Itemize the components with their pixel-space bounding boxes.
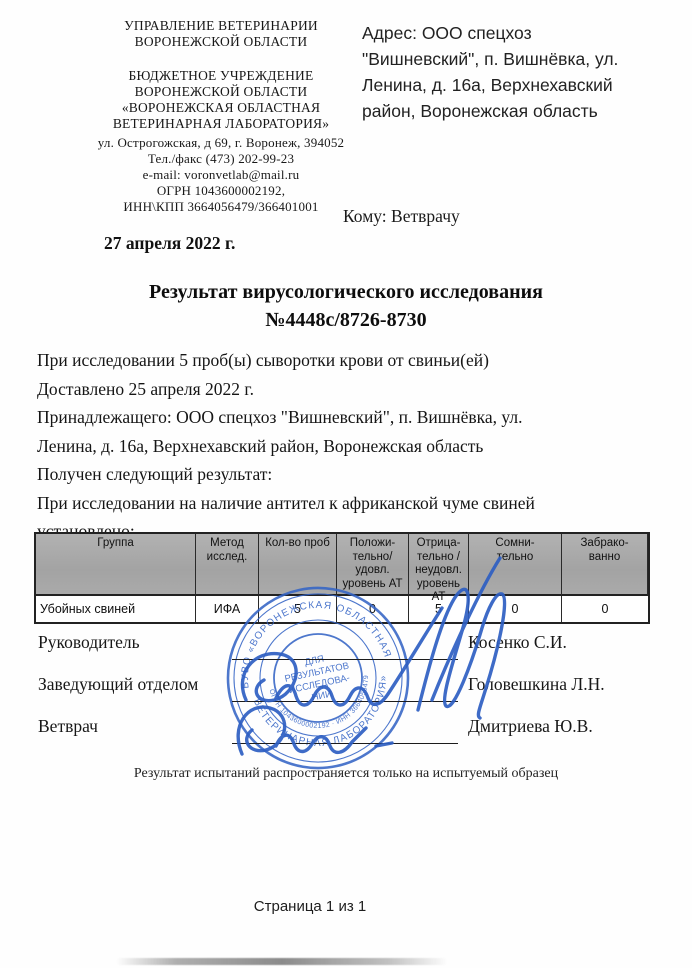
department-name: УПРАВЛЕНИЕ ВЕТЕРИНАРИИ ВОРОНЕЖСКОЙ ОБЛАС… [60, 18, 382, 50]
body-paragraph: Принадлежащего: ООО спецхоз "Вишневский"… [37, 403, 685, 460]
signature-role: Руководитель [38, 632, 140, 653]
table-header-sample-count: Кол-во проб [259, 534, 337, 596]
table-header-positive: Положи- тельно/ удовл. уровень АТ [337, 534, 409, 596]
footer-disclaimer: Результат испытаний распространяется тол… [0, 766, 692, 782]
scan-artifact-bar [116, 958, 448, 965]
table-header-group: Группа [36, 534, 196, 596]
signature-row-head-of-department: Заведующий отделом Головешкина Л.Н. [38, 674, 654, 708]
signature-role: Ветврач [38, 716, 98, 737]
body-paragraph: При исследовании 5 проб(ы) сыворотки кро… [37, 346, 685, 375]
document-title: Результат вирусологического исследования… [0, 278, 692, 334]
body-paragraph: Доставлено 25 апреля 2022 г. [37, 375, 685, 404]
signature-role: Заведующий отделом [38, 674, 198, 695]
page-number: Страница 1 из 1 [0, 898, 620, 915]
table-header-rejected: Забрако- ванно [562, 534, 648, 596]
table-header-negative: Отрица- тельно / неудовл. уровень АТ [409, 534, 469, 596]
signature-line [232, 743, 458, 744]
table-cell-doubtful: 0 [469, 596, 562, 622]
letterhead-org-block: УПРАВЛЕНИЕ ВЕТЕРИНАРИИ ВОРОНЕЖСКОЙ ОБЛАС… [60, 18, 382, 215]
signature-row-director: Руководитель Косенко С.И. [38, 632, 654, 666]
table-cell-sample-count: 5 [259, 596, 337, 622]
signature-row-veterinarian: Ветврач Дмитриева Ю.В. [38, 716, 654, 750]
recipient-address: Адрес: ООО спецхоз "Вишневский", п. Вишн… [362, 20, 672, 124]
body-paragraph: Получен следующий результат: [37, 460, 685, 489]
table-header-doubtful: Сомни- тельно [469, 534, 562, 596]
org-contact-details: ул. Острогожская, д 69, г. Воронеж, 3940… [60, 135, 382, 215]
signature-line [232, 701, 458, 702]
signature-name: Косенко С.И. [468, 632, 567, 653]
institution-name: БЮДЖЕТНОЕ УЧРЕЖДЕНИЕ ВОРОНЕЖСКОЙ ОБЛАСТИ… [60, 68, 382, 132]
results-table: Группа Метод исслед. Кол-во проб Положи-… [34, 532, 650, 624]
table-header-method: Метод исслед. [196, 534, 259, 596]
signature-name: Головешкина Л.Н. [468, 674, 605, 695]
scanned-document-page: УПРАВЛЕНИЕ ВЕТЕРИНАРИИ ВОРОНЕЖСКОЙ ОБЛАС… [0, 0, 692, 968]
document-date: 27 апреля 2022 г. [104, 233, 235, 254]
document-body: При исследовании 5 проб(ы) сыворотки кро… [37, 346, 685, 546]
table-cell-positive: 0 [337, 596, 409, 622]
recipient-to: Кому: Ветврачу [343, 206, 460, 227]
signature-line [232, 659, 458, 660]
table-cell-rejected: 0 [562, 596, 648, 622]
table-cell-group: Убойных свиней [36, 596, 196, 622]
table-cell-method: ИФА [196, 596, 259, 622]
table-cell-negative: 5 [409, 596, 469, 622]
signature-name: Дмитриева Ю.В. [468, 716, 593, 737]
